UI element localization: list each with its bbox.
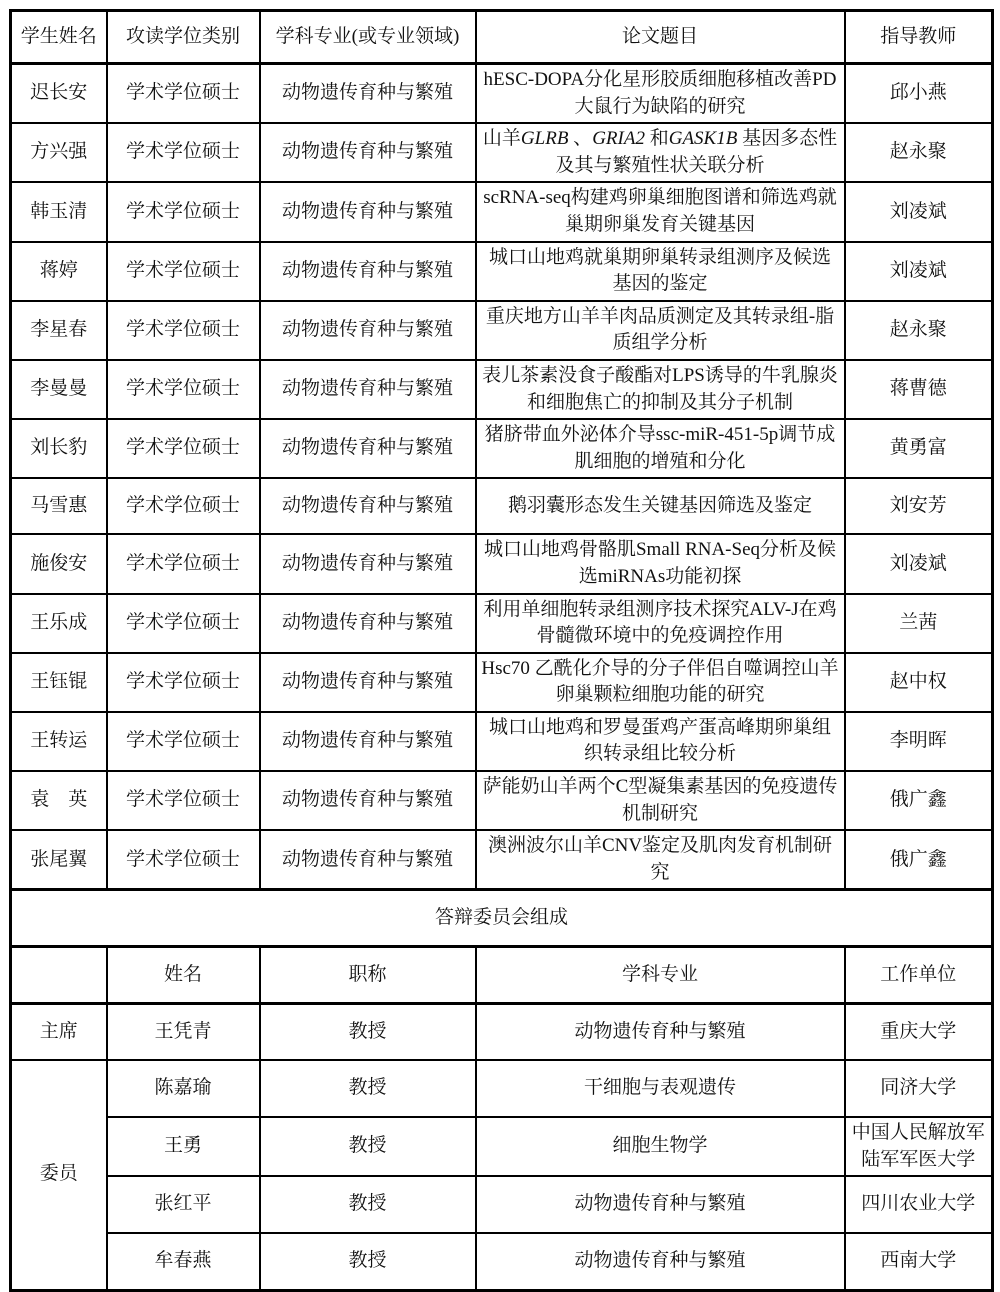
thesis-title-cell: 城口山地鸡就巢期卵巢转录组测序及候选基因的鉴定	[476, 242, 845, 301]
member-rank-cell: 教授	[260, 1117, 476, 1176]
member-major-cell: 干细胞与表观遗传	[476, 1060, 845, 1117]
student-name-cell: 施俊安	[11, 534, 107, 593]
major-cell: 动物遗传育种与繁殖	[260, 64, 476, 124]
student-name-cell: 蒋婷	[11, 242, 107, 301]
header-thesis-title: 论文题目	[476, 11, 845, 64]
degree-type-cell: 学术学位硕士	[107, 419, 260, 478]
thesis-title-cell: Hsc70 乙酰化介导的分子伴侣自噬调控山羊卵巢颗粒细胞功能的研究	[476, 653, 845, 712]
student-name-cell: 李星春	[11, 301, 107, 360]
member-unit-cell: 同济大学	[845, 1060, 993, 1117]
major-cell: 动物遗传育种与繁殖	[260, 478, 476, 534]
advisor-cell: 刘凌斌	[845, 534, 993, 593]
degree-type-cell: 学术学位硕士	[107, 653, 260, 712]
major-cell: 动物遗传育种与繁殖	[260, 534, 476, 593]
student-row: 张尾翼 学术学位硕士 动物遗传育种与繁殖 澳洲波尔山羊CNV鉴定及肌肉发育机制研…	[11, 830, 993, 890]
member-name-cell: 陈嘉瑜	[107, 1060, 260, 1117]
advisor-cell: 刘安芳	[845, 478, 993, 534]
student-name-cell: 马雪惠	[11, 478, 107, 534]
committee-header-major: 学科专业	[476, 947, 845, 1004]
degree-type-cell: 学术学位硕士	[107, 771, 260, 830]
committee-member-row: 张红平 教授 动物遗传育种与繁殖 四川农业大学	[11, 1176, 993, 1233]
degree-type-cell: 学术学位硕士	[107, 534, 260, 593]
student-row: 王钰锟 学术学位硕士 动物遗传育种与繁殖 Hsc70 乙酰化介导的分子伴侣自噬调…	[11, 653, 993, 712]
member-name-cell: 张红平	[107, 1176, 260, 1233]
member-rank-cell: 教授	[260, 1060, 476, 1117]
student-name-cell: 韩玉清	[11, 182, 107, 241]
member-major-cell: 动物遗传育种与繁殖	[476, 1176, 845, 1233]
student-row: 李星春 学术学位硕士 动物遗传育种与繁殖 重庆地方山羊羊肉品质测定及其转录组-脂…	[11, 301, 993, 360]
student-row: 迟长安 学术学位硕士 动物遗传育种与繁殖 hESC-DOPA分化星形胶质细胞移植…	[11, 64, 993, 124]
member-major-cell: 细胞生物学	[476, 1117, 845, 1176]
degree-type-cell: 学术学位硕士	[107, 478, 260, 534]
header-degree-type: 攻读学位类别	[107, 11, 260, 64]
advisor-cell: 刘凌斌	[845, 242, 993, 301]
member-name-cell: 王勇	[107, 1117, 260, 1176]
degree-type-cell: 学术学位硕士	[107, 242, 260, 301]
chair-major-cell: 动物遗传育种与繁殖	[476, 1004, 845, 1060]
student-name-cell: 迟长安	[11, 64, 107, 124]
degree-type-cell: 学术学位硕士	[107, 182, 260, 241]
major-cell: 动物遗传育种与繁殖	[260, 360, 476, 419]
student-row: 方兴强 学术学位硕士 动物遗传育种与繁殖 山羊GLRB 、GRIA2 和GASK…	[11, 123, 993, 182]
degree-type-cell: 学术学位硕士	[107, 301, 260, 360]
major-cell: 动物遗传育种与繁殖	[260, 182, 476, 241]
student-name-cell: 李曼曼	[11, 360, 107, 419]
chair-unit-cell: 重庆大学	[845, 1004, 993, 1060]
committee-section-title: 答辩委员会组成	[11, 890, 993, 947]
major-cell: 动物遗传育种与繁殖	[260, 242, 476, 301]
student-name-cell: 王乐成	[11, 594, 107, 653]
committee-header-unit: 工作单位	[845, 947, 993, 1004]
chair-role-label: 主席	[11, 1004, 107, 1060]
member-rank-cell: 教授	[260, 1176, 476, 1233]
degree-type-cell: 学术学位硕士	[107, 712, 260, 771]
thesis-title-cell: 城口山地鸡和罗曼蛋鸡产蛋高峰期卵巢组织转录组比较分析	[476, 712, 845, 771]
thesis-title-cell: 城口山地鸡骨骼肌Small RNA-Seq分析及候选miRNAs功能初探	[476, 534, 845, 593]
thesis-title-cell: 利用单细胞转录组测序技术探究ALV-J在鸡骨髓微环境中的免疫调控作用	[476, 594, 845, 653]
header-student-name: 学生姓名	[11, 11, 107, 64]
committee-header-name: 姓名	[107, 947, 260, 1004]
advisor-cell: 俄广鑫	[845, 830, 993, 890]
advisor-cell: 赵永聚	[845, 123, 993, 182]
thesis-title-cell: 山羊GLRB 、GRIA2 和GASK1B 基因多态性及其与繁殖性状关联分析	[476, 123, 845, 182]
students-header-row: 学生姓名 攻读学位类别 学科专业(或专业领域) 论文题目 指导教师	[11, 11, 993, 64]
member-role-label: 委员	[11, 1060, 107, 1290]
chair-rank-cell: 教授	[260, 1004, 476, 1060]
student-row: 韩玉清 学术学位硕士 动物遗传育种与繁殖 scRNA-seq构建鸡卵巢细胞图谱和…	[11, 182, 993, 241]
committee-header-empty-cell	[11, 947, 107, 1004]
thesis-title-cell: 猪脐带血外泌体介导ssc-miR-451-5p调节成肌细胞的增殖和分化	[476, 419, 845, 478]
document-page: 学生姓名 攻读学位类别 学科专业(或专业领域) 论文题目 指导教师 迟长安 学术…	[0, 0, 1000, 1254]
thesis-title-cell: 鹅羽囊形态发生关键基因筛选及鉴定	[476, 478, 845, 534]
student-row: 王乐成 学术学位硕士 动物遗传育种与繁殖 利用单细胞转录组测序技术探究ALV-J…	[11, 594, 993, 653]
degree-type-cell: 学术学位硕士	[107, 830, 260, 890]
chair-name-cell: 王凭青	[107, 1004, 260, 1060]
student-name-cell: 刘长豹	[11, 419, 107, 478]
member-unit-cell: 四川农业大学	[845, 1176, 993, 1233]
thesis-title-cell: 澳洲波尔山羊CNV鉴定及肌肉发育机制研究	[476, 830, 845, 890]
member-name-cell: 牟春燕	[107, 1233, 260, 1290]
advisor-cell: 兰茜	[845, 594, 993, 653]
student-row: 刘长豹 学术学位硕士 动物遗传育种与繁殖 猪脐带血外泌体介导ssc-miR-45…	[11, 419, 993, 478]
thesis-title-cell: scRNA-seq构建鸡卵巢细胞图谱和筛选鸡就巢期卵巢发育关键基因	[476, 182, 845, 241]
student-name-cell: 王钰锟	[11, 653, 107, 712]
advisor-cell: 刘凌斌	[845, 182, 993, 241]
thesis-title-cell: 萨能奶山羊两个C型凝集素基因的免疫遗传机制研究	[476, 771, 845, 830]
degree-type-cell: 学术学位硕士	[107, 123, 260, 182]
advisor-cell: 李明晖	[845, 712, 993, 771]
thesis-defense-table: 学生姓名 攻读学位类别 学科专业(或专业领域) 论文题目 指导教师 迟长安 学术…	[9, 9, 994, 1292]
degree-type-cell: 学术学位硕士	[107, 594, 260, 653]
advisor-cell: 蒋曹德	[845, 360, 993, 419]
student-name-cell: 方兴强	[11, 123, 107, 182]
member-major-cell: 动物遗传育种与繁殖	[476, 1233, 845, 1290]
student-row: 蒋婷 学术学位硕士 动物遗传育种与繁殖 城口山地鸡就巢期卵巢转录组测序及候选基因…	[11, 242, 993, 301]
committee-member-row: 委员 陈嘉瑜 教授 干细胞与表观遗传 同济大学	[11, 1060, 993, 1117]
degree-type-cell: 学术学位硕士	[107, 64, 260, 124]
committee-header-row: 姓名 职称 学科专业 工作单位	[11, 947, 993, 1004]
student-name-cell: 张尾翼	[11, 830, 107, 890]
major-cell: 动物遗传育种与繁殖	[260, 653, 476, 712]
major-cell: 动物遗传育种与繁殖	[260, 594, 476, 653]
member-rank-cell: 教授	[260, 1233, 476, 1290]
major-cell: 动物遗传育种与繁殖	[260, 123, 476, 182]
major-cell: 动物遗传育种与繁殖	[260, 301, 476, 360]
student-row: 王转运 学术学位硕士 动物遗传育种与繁殖 城口山地鸡和罗曼蛋鸡产蛋高峰期卵巢组织…	[11, 712, 993, 771]
committee-chair-row: 主席 王凭青 教授 动物遗传育种与繁殖 重庆大学	[11, 1004, 993, 1060]
major-cell: 动物遗传育种与繁殖	[260, 712, 476, 771]
committee-section-row: 答辩委员会组成	[11, 890, 993, 947]
major-cell: 动物遗传育种与繁殖	[260, 771, 476, 830]
major-cell: 动物遗传育种与繁殖	[260, 830, 476, 890]
thesis-title-cell: 表儿茶素没食子酸酯对LPS诱导的牛乳腺炎和细胞焦亡的抑制及其分子机制	[476, 360, 845, 419]
student-name-cell: 袁 英	[11, 771, 107, 830]
advisor-cell: 邱小燕	[845, 64, 993, 124]
advisor-cell: 赵中权	[845, 653, 993, 712]
member-unit-cell: 中国人民解放军陆军军医大学	[845, 1117, 993, 1176]
committee-member-row: 牟春燕 教授 动物遗传育种与繁殖 西南大学	[11, 1233, 993, 1290]
student-row: 施俊安 学术学位硕士 动物遗传育种与繁殖 城口山地鸡骨骼肌Small RNA-S…	[11, 534, 993, 593]
student-row: 马雪惠 学术学位硕士 动物遗传育种与繁殖 鹅羽囊形态发生关键基因筛选及鉴定 刘安…	[11, 478, 993, 534]
committee-header-rank: 职称	[260, 947, 476, 1004]
committee-member-row: 王勇 教授 细胞生物学 中国人民解放军陆军军医大学	[11, 1117, 993, 1176]
major-cell: 动物遗传育种与繁殖	[260, 419, 476, 478]
degree-type-cell: 学术学位硕士	[107, 360, 260, 419]
header-major: 学科专业(或专业领域)	[260, 11, 476, 64]
thesis-title-cell: 重庆地方山羊羊肉品质测定及其转录组-脂质组学分析	[476, 301, 845, 360]
student-row: 袁 英 学术学位硕士 动物遗传育种与繁殖 萨能奶山羊两个C型凝集素基因的免疫遗传…	[11, 771, 993, 830]
member-unit-cell: 西南大学	[845, 1233, 993, 1290]
student-name-cell: 王转运	[11, 712, 107, 771]
advisor-cell: 俄广鑫	[845, 771, 993, 830]
student-row: 李曼曼 学术学位硕士 动物遗传育种与繁殖 表儿茶素没食子酸酯对LPS诱导的牛乳腺…	[11, 360, 993, 419]
header-advisor: 指导教师	[845, 11, 993, 64]
advisor-cell: 黄勇富	[845, 419, 993, 478]
advisor-cell: 赵永聚	[845, 301, 993, 360]
thesis-title-cell: hESC-DOPA分化星形胶质细胞移植改善PD大鼠行为缺陷的研究	[476, 64, 845, 124]
